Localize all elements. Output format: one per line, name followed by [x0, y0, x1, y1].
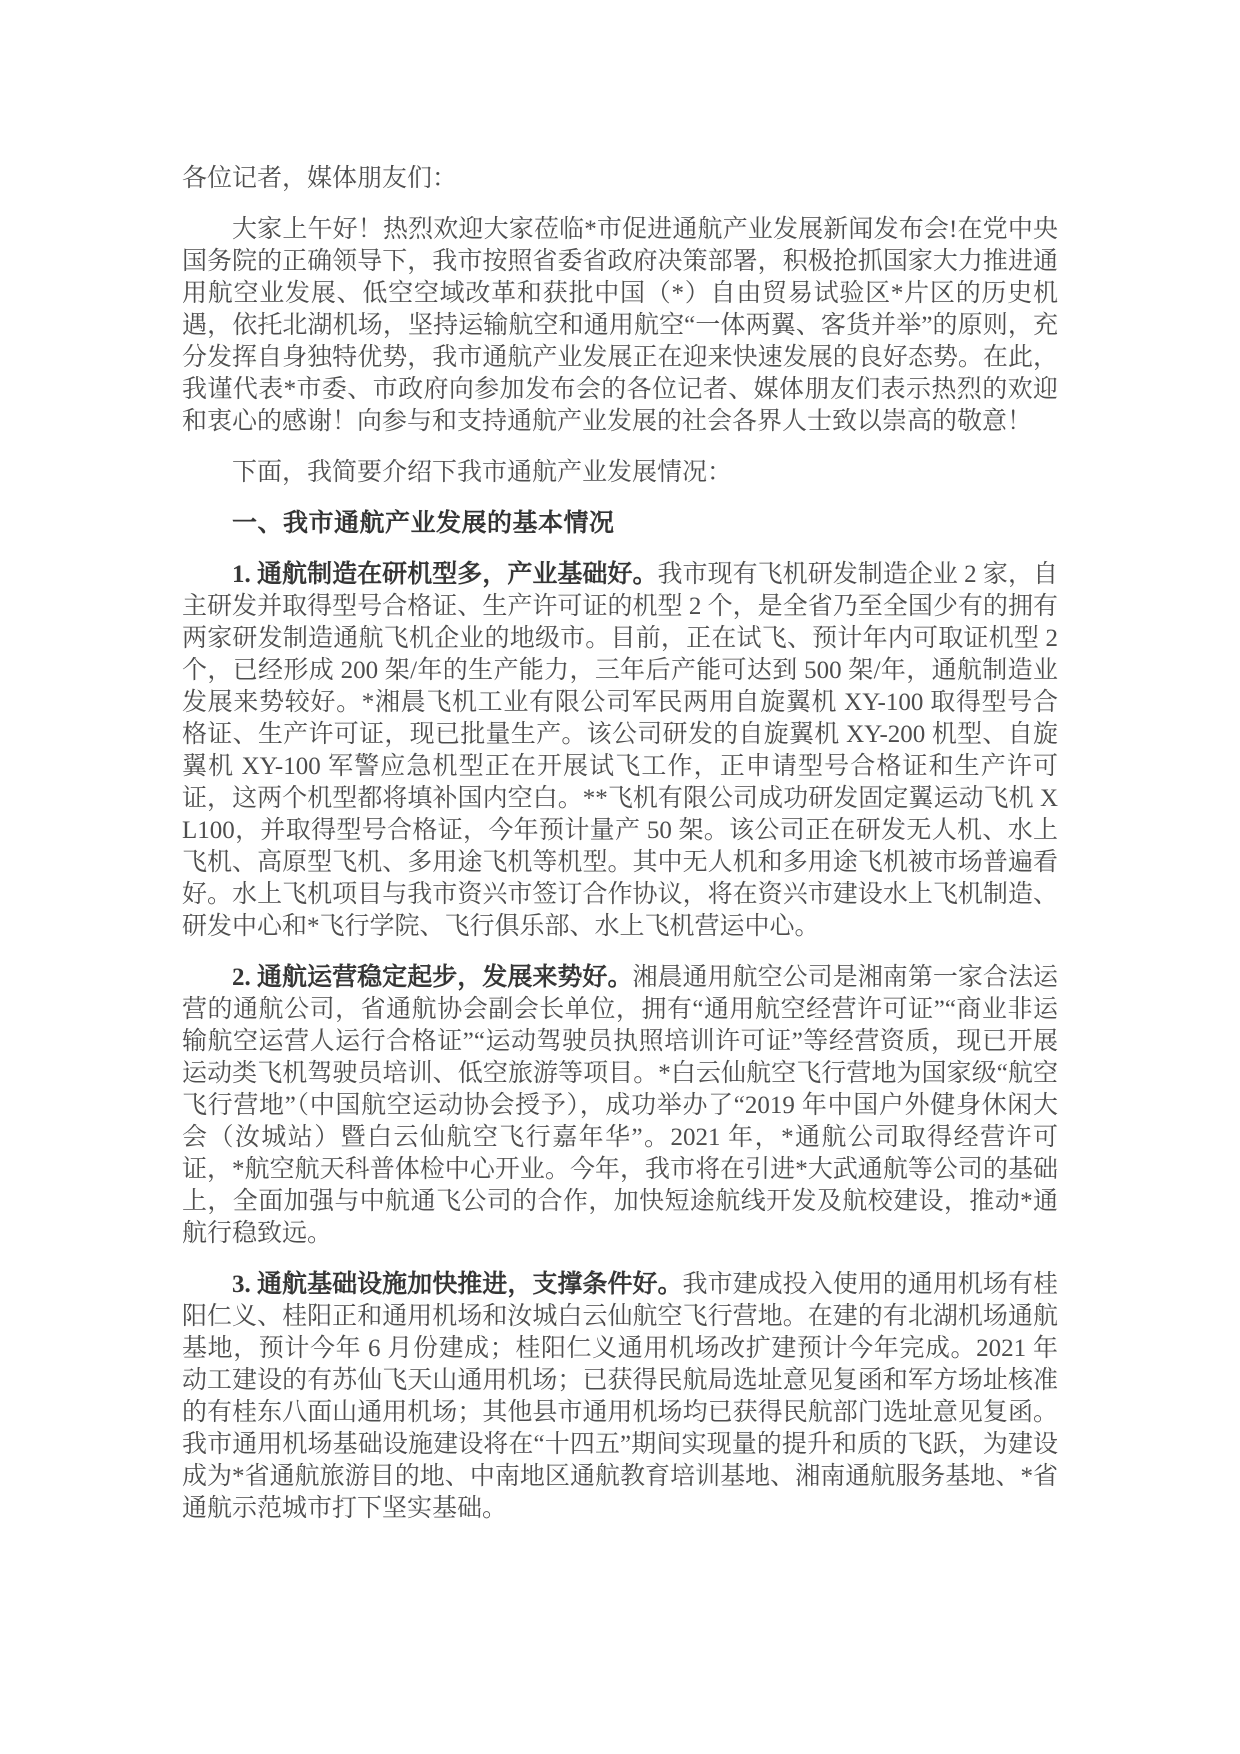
- numbered-paragraph-3-lead: 3. 通航基础设施加快推进，支撑条件好。: [232, 1271, 683, 1298]
- numbered-paragraph-3: 3. 通航基础设施加快推进，支撑条件好。我市建成投入使用的通用机场有桂阳仁义、桂…: [182, 1269, 1058, 1525]
- transition-paragraph: 下面，我简要介绍下我市通航产业发展情况：: [182, 457, 1058, 489]
- numbered-paragraph-2: 2. 通航运营稳定起步，发展来势好。湘晨通用航空公司是湘南第一家合法运营的通航公…: [182, 962, 1058, 1250]
- numbered-paragraph-3-body: 我市建成投入使用的通用机场有桂阳仁义、桂阳正和通用机场和汝城白云仙航空飞行营地。…: [182, 1271, 1058, 1522]
- document-page: 各位记者，媒体朋友们： 大家上午好！热烈欢迎大家莅临*市促进通航产业发展新闻发布…: [0, 0, 1240, 1754]
- section-heading: 一、我市通航产业发展的基本情况: [182, 508, 1058, 540]
- salutation-line: 各位记者，媒体朋友们：: [182, 163, 1058, 195]
- numbered-paragraph-1-lead: 1. 通航制造在研机型多，产业基础好。: [232, 561, 658, 588]
- intro-paragraph: 大家上午好！热烈欢迎大家莅临*市促进通航产业发展新闻发布会!在党中央国务院的正确…: [182, 214, 1058, 438]
- numbered-paragraph-2-body: 湘晨通用航空公司是湘南第一家合法运营的通航公司，省通航协会副会长单位，拥有“通用…: [182, 964, 1058, 1247]
- document-body: 各位记者，媒体朋友们： 大家上午好！热烈欢迎大家莅临*市促进通航产业发展新闻发布…: [182, 163, 1058, 1525]
- numbered-paragraph-2-lead: 2. 通航运营稳定起步，发展来势好。: [232, 964, 633, 991]
- numbered-paragraph-1: 1. 通航制造在研机型多，产业基础好。我市现有飞机研发制造企业 2 家，自主研发…: [182, 559, 1058, 943]
- numbered-paragraph-1-body: 我市现有飞机研发制造企业 2 家，自主研发并取得型号合格证、生产许可证的机型 2…: [182, 561, 1058, 940]
